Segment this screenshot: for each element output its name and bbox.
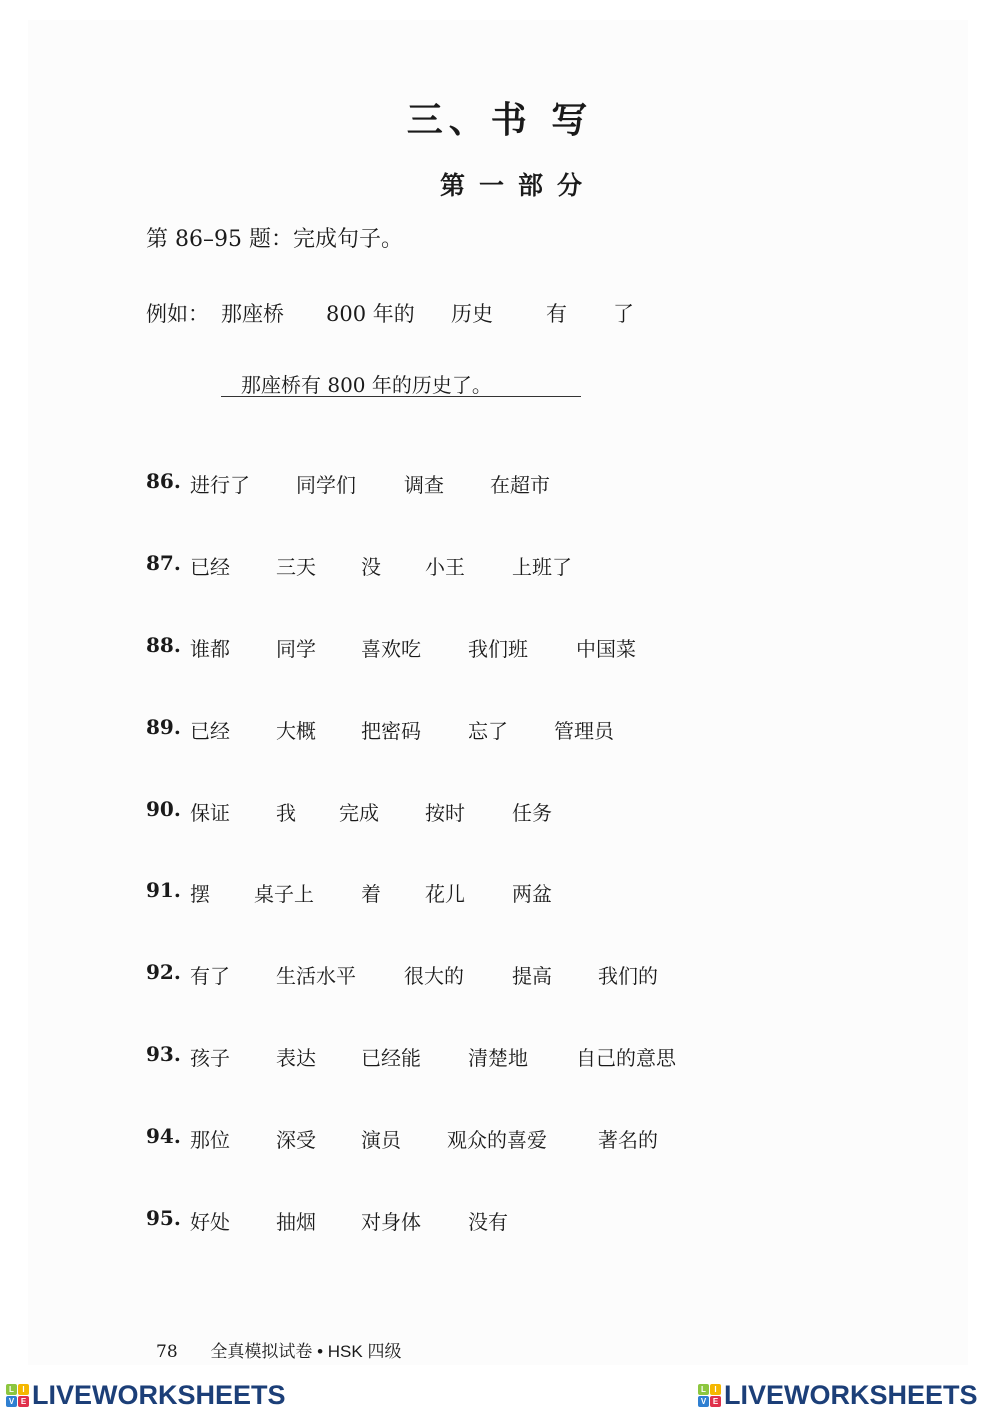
word-card[interactable]: 同学 [276, 633, 316, 662]
live-logo-icon: L I V E [6, 1384, 29, 1407]
logo-letter: I [710, 1384, 721, 1395]
word-card[interactable]: 没有 [468, 1206, 508, 1235]
word-card[interactable]: 很大的 [404, 960, 464, 989]
logo-letter: E [710, 1396, 721, 1407]
question-number: 91. [146, 878, 181, 902]
word-card[interactable]: 自己的意思 [576, 1042, 676, 1071]
word-card[interactable]: 上班了 [512, 551, 572, 580]
word-card[interactable]: 花儿 [425, 878, 465, 907]
word-card[interactable]: 著名的 [598, 1124, 658, 1153]
word-card[interactable]: 进行了 [190, 469, 250, 498]
example-word: 800 年的 [326, 298, 451, 328]
live-logo-icon: L I V E [698, 1384, 721, 1407]
logo-letter: E [18, 1396, 29, 1407]
word-card[interactable]: 表达 [276, 1042, 316, 1071]
question-number: 94. [146, 1124, 181, 1148]
word-card[interactable]: 生活水平 [276, 960, 356, 989]
logo-letter: L [698, 1384, 709, 1395]
word-card[interactable]: 清楚地 [468, 1042, 528, 1071]
word-card[interactable]: 提高 [512, 960, 552, 989]
word-card[interactable]: 对身体 [361, 1206, 421, 1235]
book-title: 全真模拟试卷 • HSK 四级 [210, 1342, 401, 1361]
word-card[interactable]: 三天 [276, 551, 316, 580]
word-card[interactable]: 完成 [339, 797, 379, 826]
logo-text: LIVEWORKSHEETS [32, 1380, 286, 1411]
word-card[interactable]: 小王 [425, 551, 465, 580]
example-word: 了 [613, 298, 634, 328]
question-number: 92. [146, 960, 181, 984]
example-word: 那座桥 [221, 298, 326, 328]
word-card[interactable]: 按时 [425, 797, 465, 826]
question-number: 93. [146, 1042, 181, 1066]
word-card[interactable]: 管理员 [554, 715, 614, 744]
word-card[interactable]: 忘了 [468, 715, 508, 744]
section-title: 三、书 写 [0, 92, 1000, 143]
word-card[interactable]: 着 [361, 878, 381, 907]
word-card[interactable]: 没 [361, 551, 381, 580]
liveworksheets-logo-right: L I V E LIVEWORKSHEETS [698, 1380, 978, 1410]
word-card[interactable]: 好处 [190, 1206, 230, 1235]
question-number: 87. [146, 551, 181, 575]
word-card[interactable]: 同学们 [296, 469, 356, 498]
example-label: 例如： [146, 298, 221, 328]
question-number: 95. [146, 1206, 181, 1230]
word-card[interactable]: 桌子上 [254, 878, 314, 907]
word-card[interactable]: 两盆 [512, 878, 552, 907]
word-card[interactable]: 大概 [276, 715, 316, 744]
word-card[interactable]: 那位 [190, 1124, 230, 1153]
word-card[interactable]: 调查 [404, 469, 444, 498]
word-card[interactable]: 已经 [190, 715, 230, 744]
example-word: 有 [546, 298, 613, 328]
question-number: 86. [146, 469, 181, 493]
word-card[interactable]: 我 [276, 797, 296, 826]
logo-letter: V [698, 1396, 709, 1407]
word-card[interactable]: 孩子 [190, 1042, 230, 1071]
logo-text: LIVEWORKSHEETS [724, 1380, 978, 1411]
example-row: 例如： 那座桥 800 年的 历史 有 了 [146, 298, 634, 328]
word-card[interactable]: 中国菜 [576, 633, 636, 662]
word-card[interactable]: 摆 [190, 878, 210, 907]
logo-letter: I [18, 1384, 29, 1395]
page-footer: 78 全真模拟试卷 • HSK 四级 [156, 1337, 401, 1362]
question-number: 90. [146, 797, 181, 821]
question-number: 88. [146, 633, 181, 657]
word-card[interactable]: 深受 [276, 1124, 316, 1153]
logo-letter: L [6, 1384, 17, 1395]
word-card[interactable]: 观众的喜爱 [447, 1124, 547, 1153]
word-card[interactable]: 保证 [190, 797, 230, 826]
word-card[interactable]: 喜欢吃 [361, 633, 421, 662]
word-card[interactable]: 已经能 [361, 1042, 421, 1071]
part-subtitle: 第一部分 [0, 166, 1000, 202]
word-card[interactable]: 演员 [361, 1124, 401, 1153]
page-number: 78 [156, 1342, 178, 1362]
word-card[interactable]: 在超市 [490, 469, 550, 498]
question-number: 89. [146, 715, 181, 739]
word-card[interactable]: 有了 [190, 960, 230, 989]
word-card[interactable]: 已经 [190, 551, 230, 580]
word-card[interactable]: 把密码 [361, 715, 421, 744]
word-card[interactable]: 谁都 [190, 633, 230, 662]
instructions: 第 86–95 题：完成句子。 [146, 222, 403, 253]
liveworksheets-logo-left: L I V E LIVEWORKSHEETS [6, 1380, 286, 1410]
word-card[interactable]: 任务 [512, 797, 552, 826]
example-answer-line [221, 396, 581, 397]
word-card[interactable]: 我们班 [468, 633, 528, 662]
example-word: 历史 [451, 298, 546, 328]
example-answer: 那座桥有 800 年的历史了。 [241, 369, 492, 398]
logo-letter: V [6, 1396, 17, 1407]
word-card[interactable]: 我们的 [598, 960, 658, 989]
word-card[interactable]: 抽烟 [276, 1206, 316, 1235]
